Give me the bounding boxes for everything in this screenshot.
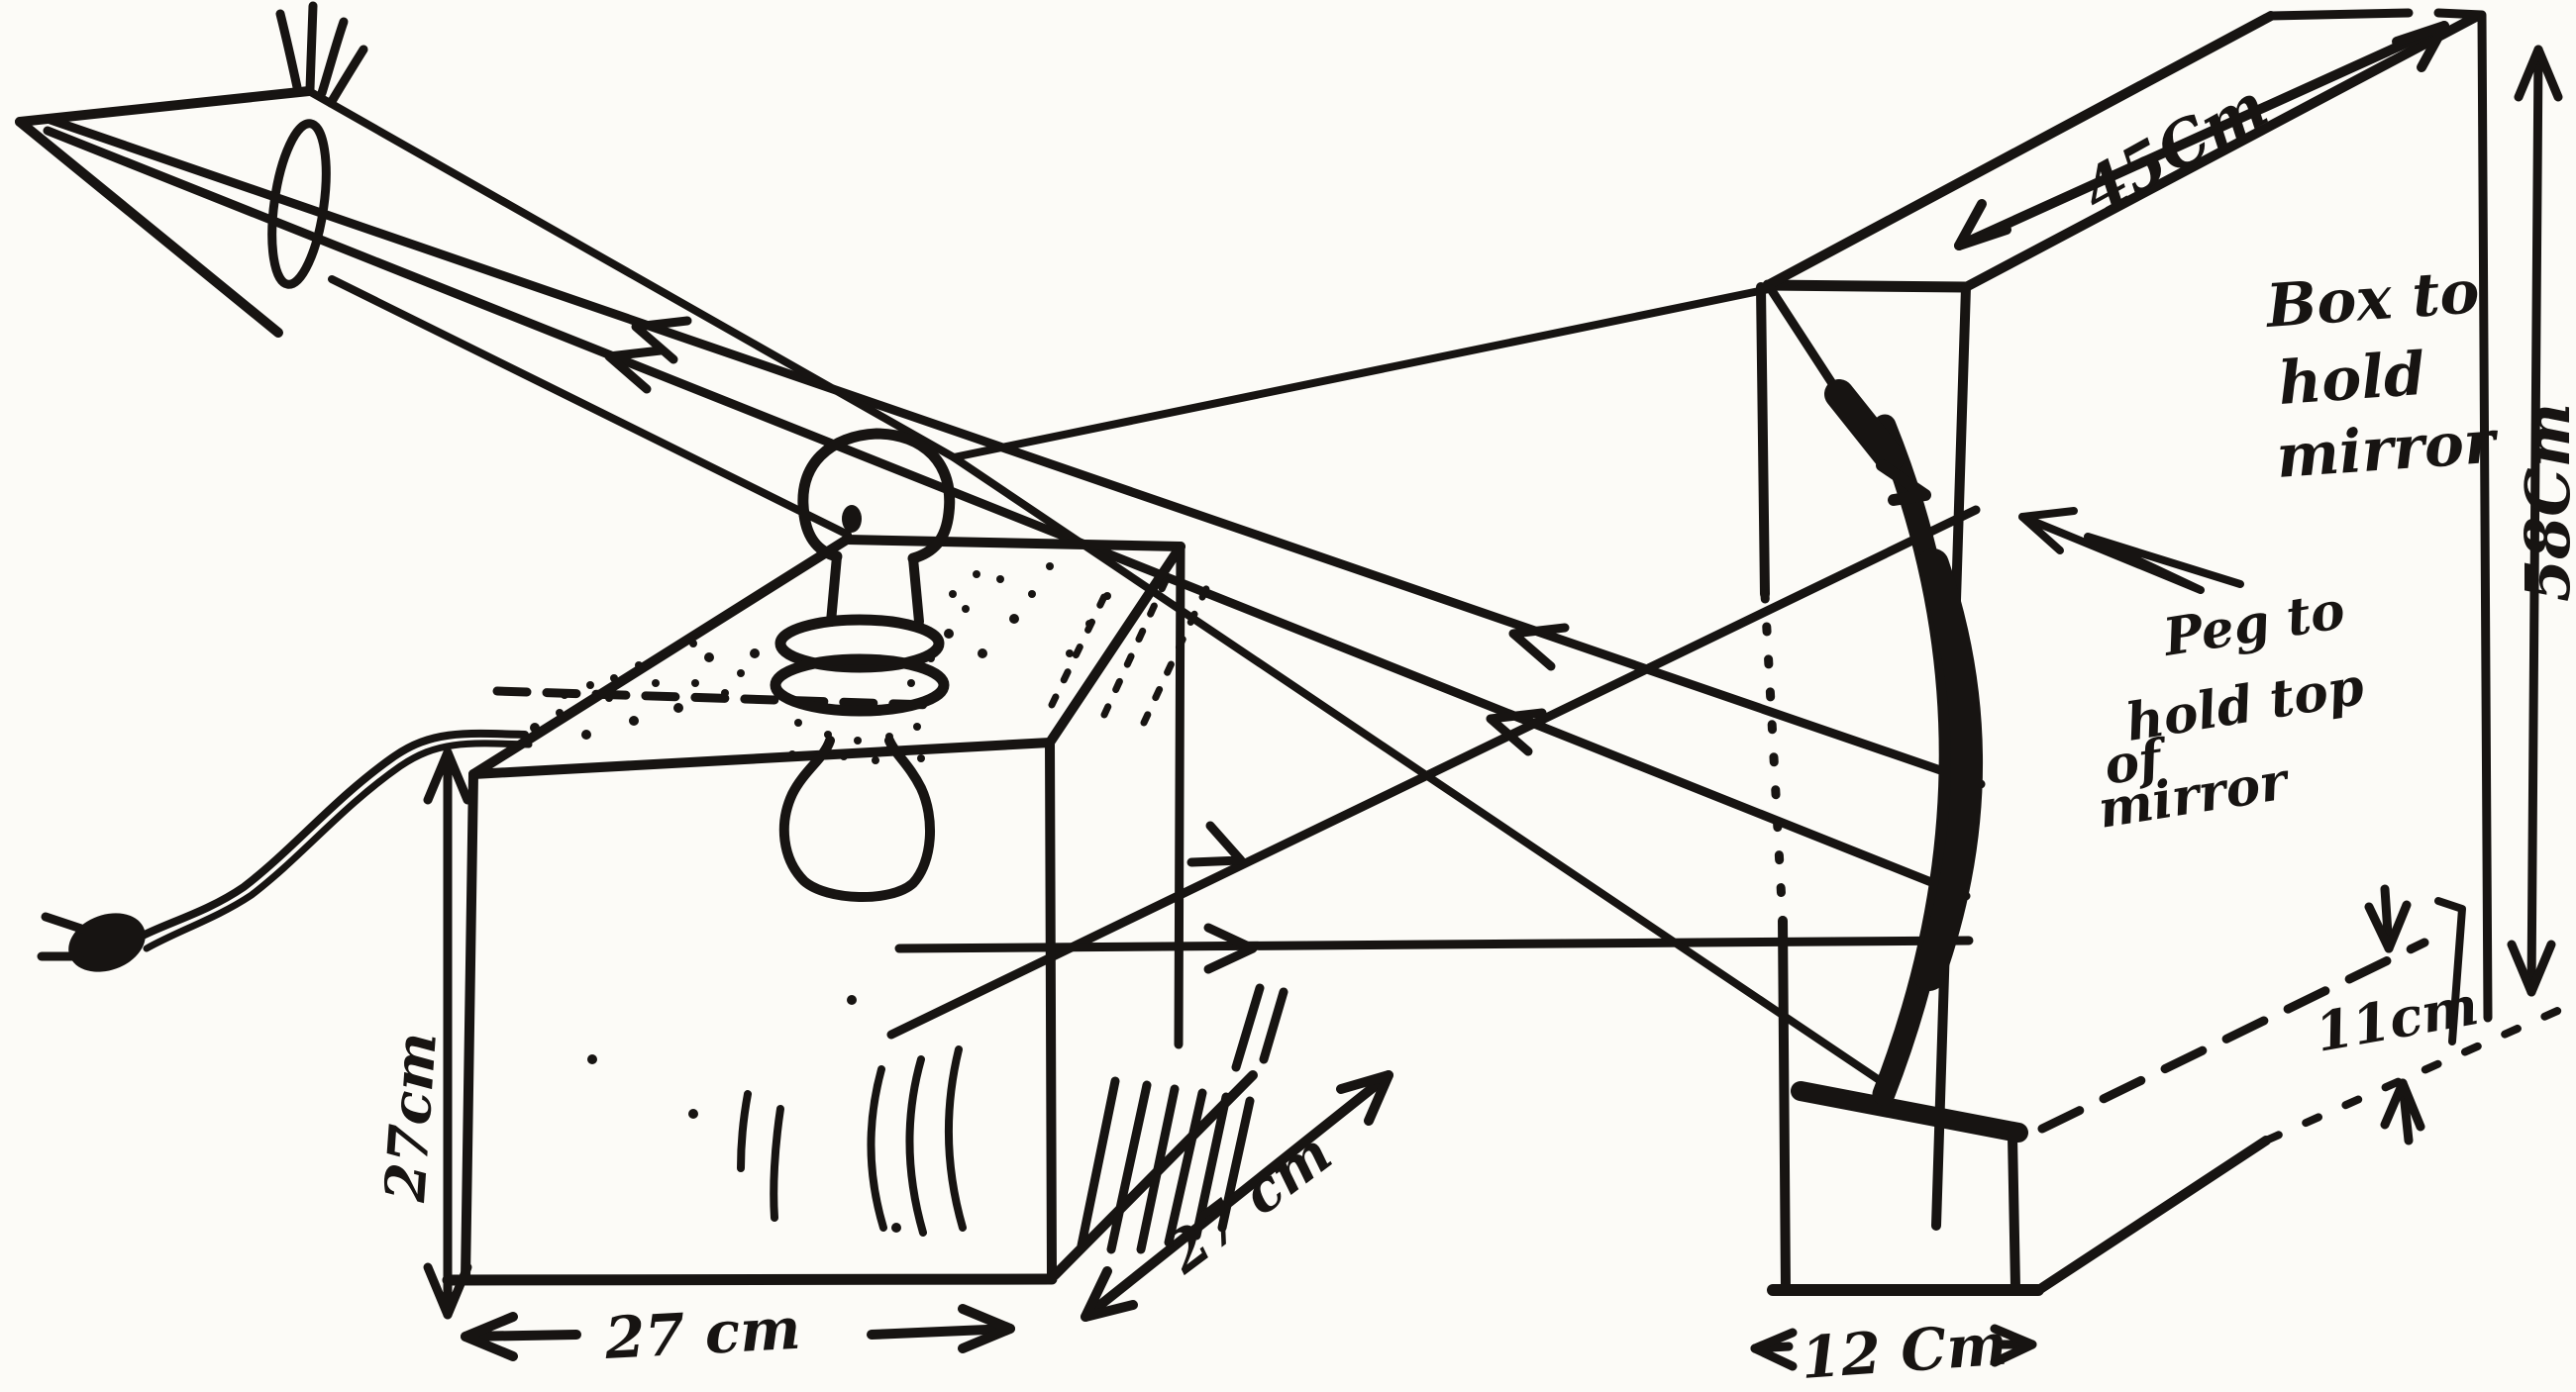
- sketch-page: 45Cm 58Cm 11cm 12 Cm 27cm 27 cm: [0, 0, 2576, 1392]
- dim-58cm: 58Cm: [2512, 50, 2576, 992]
- eye-top-edge: [20, 91, 309, 122]
- peg-note-line2: hold top: [2121, 656, 2367, 753]
- mirror-box-top-back-edge-2: [2438, 13, 2482, 15]
- peg-body: [1839, 394, 1890, 457]
- dim-12cm: 12 Cm: [1755, 1311, 2032, 1392]
- mirror-box-front-top-edge: [1768, 285, 1966, 287]
- mirror-box-front-left-edge: [1761, 287, 1765, 594]
- dim-11cm: 11cm: [2311, 889, 2483, 1141]
- reflected-ray-upper: [48, 119, 1981, 784]
- mirror-box-note-line3: mirror: [2274, 407, 2502, 492]
- incident-ray-lower: [899, 941, 1969, 948]
- dim-27cm-height: 27cm: [372, 752, 467, 1315]
- pedestal-right-edge: [2012, 1137, 2015, 1287]
- mirror-box-note-line2: hold: [2276, 340, 2427, 419]
- mirror-box-front-left-edge-dotted: [1765, 594, 1783, 921]
- dim-11cm-label: 11cm: [2311, 973, 2483, 1064]
- peg-note: Peg to hold top of mirror: [2094, 580, 2367, 841]
- dim-27cm-height-label: 27cm: [372, 1031, 450, 1205]
- bulb-neck-right: [913, 558, 919, 622]
- dim-45cm-label: 45Cm: [2070, 69, 2279, 229]
- mirror-box-note: Box to hold mirror: [2262, 257, 2502, 492]
- pedestal-left-edge: [1783, 921, 1786, 1289]
- dim-58cm-label: 58Cm: [2512, 403, 2576, 602]
- peg-string: [1771, 289, 1837, 391]
- light-bulb: [775, 434, 950, 897]
- mirror-box-back-edge: [2482, 16, 2488, 1018]
- light-rays: [48, 91, 1981, 1087]
- dim-27cm-width: 27 cm: [465, 1295, 1010, 1372]
- lamp-box-front-left-edge: [465, 774, 473, 1279]
- lamp-box-top-back-edge: [847, 540, 1181, 547]
- mirror-box-note-line1: Box to: [2262, 257, 2481, 342]
- mirror-base-bar: [1801, 1091, 2018, 1133]
- bulb-base-inside-box: [784, 741, 930, 897]
- power-plug-icon: [42, 903, 154, 982]
- peg-pointer-arrow: [2022, 511, 2240, 590]
- lamp-box-top-right-edge: [1050, 547, 1181, 743]
- optics-diagram: 45Cm 58Cm 11cm 12 Cm 27cm 27 cm: [0, 0, 2576, 1392]
- lamp-box-back-right-edge: [1179, 547, 1181, 1044]
- dim-27cm-width-label: 27 cm: [602, 1295, 802, 1372]
- ray-to-mirror-top: [954, 289, 1769, 457]
- bulb-neck-left: [831, 556, 837, 622]
- lamp-box-front-bottom-edge: [448, 1279, 1052, 1280]
- sight-line-to-box-corner: [332, 279, 848, 535]
- dim-12cm-label: 12 Cm: [1799, 1311, 2009, 1392]
- lamp-box-front-right-edge: [1050, 743, 1052, 1279]
- floor-line-solid: [2040, 1141, 2266, 1289]
- bulb-filament: [842, 505, 862, 533]
- lamp-box-front-top-edge: [473, 743, 1050, 774]
- peg-note-line1: Peg to: [2158, 580, 2349, 668]
- reflected-ray-lower: [48, 131, 1966, 896]
- dim-45cm: 45Cm: [1959, 26, 2444, 246]
- mirror-box-top-back-edge: [2271, 13, 2409, 16]
